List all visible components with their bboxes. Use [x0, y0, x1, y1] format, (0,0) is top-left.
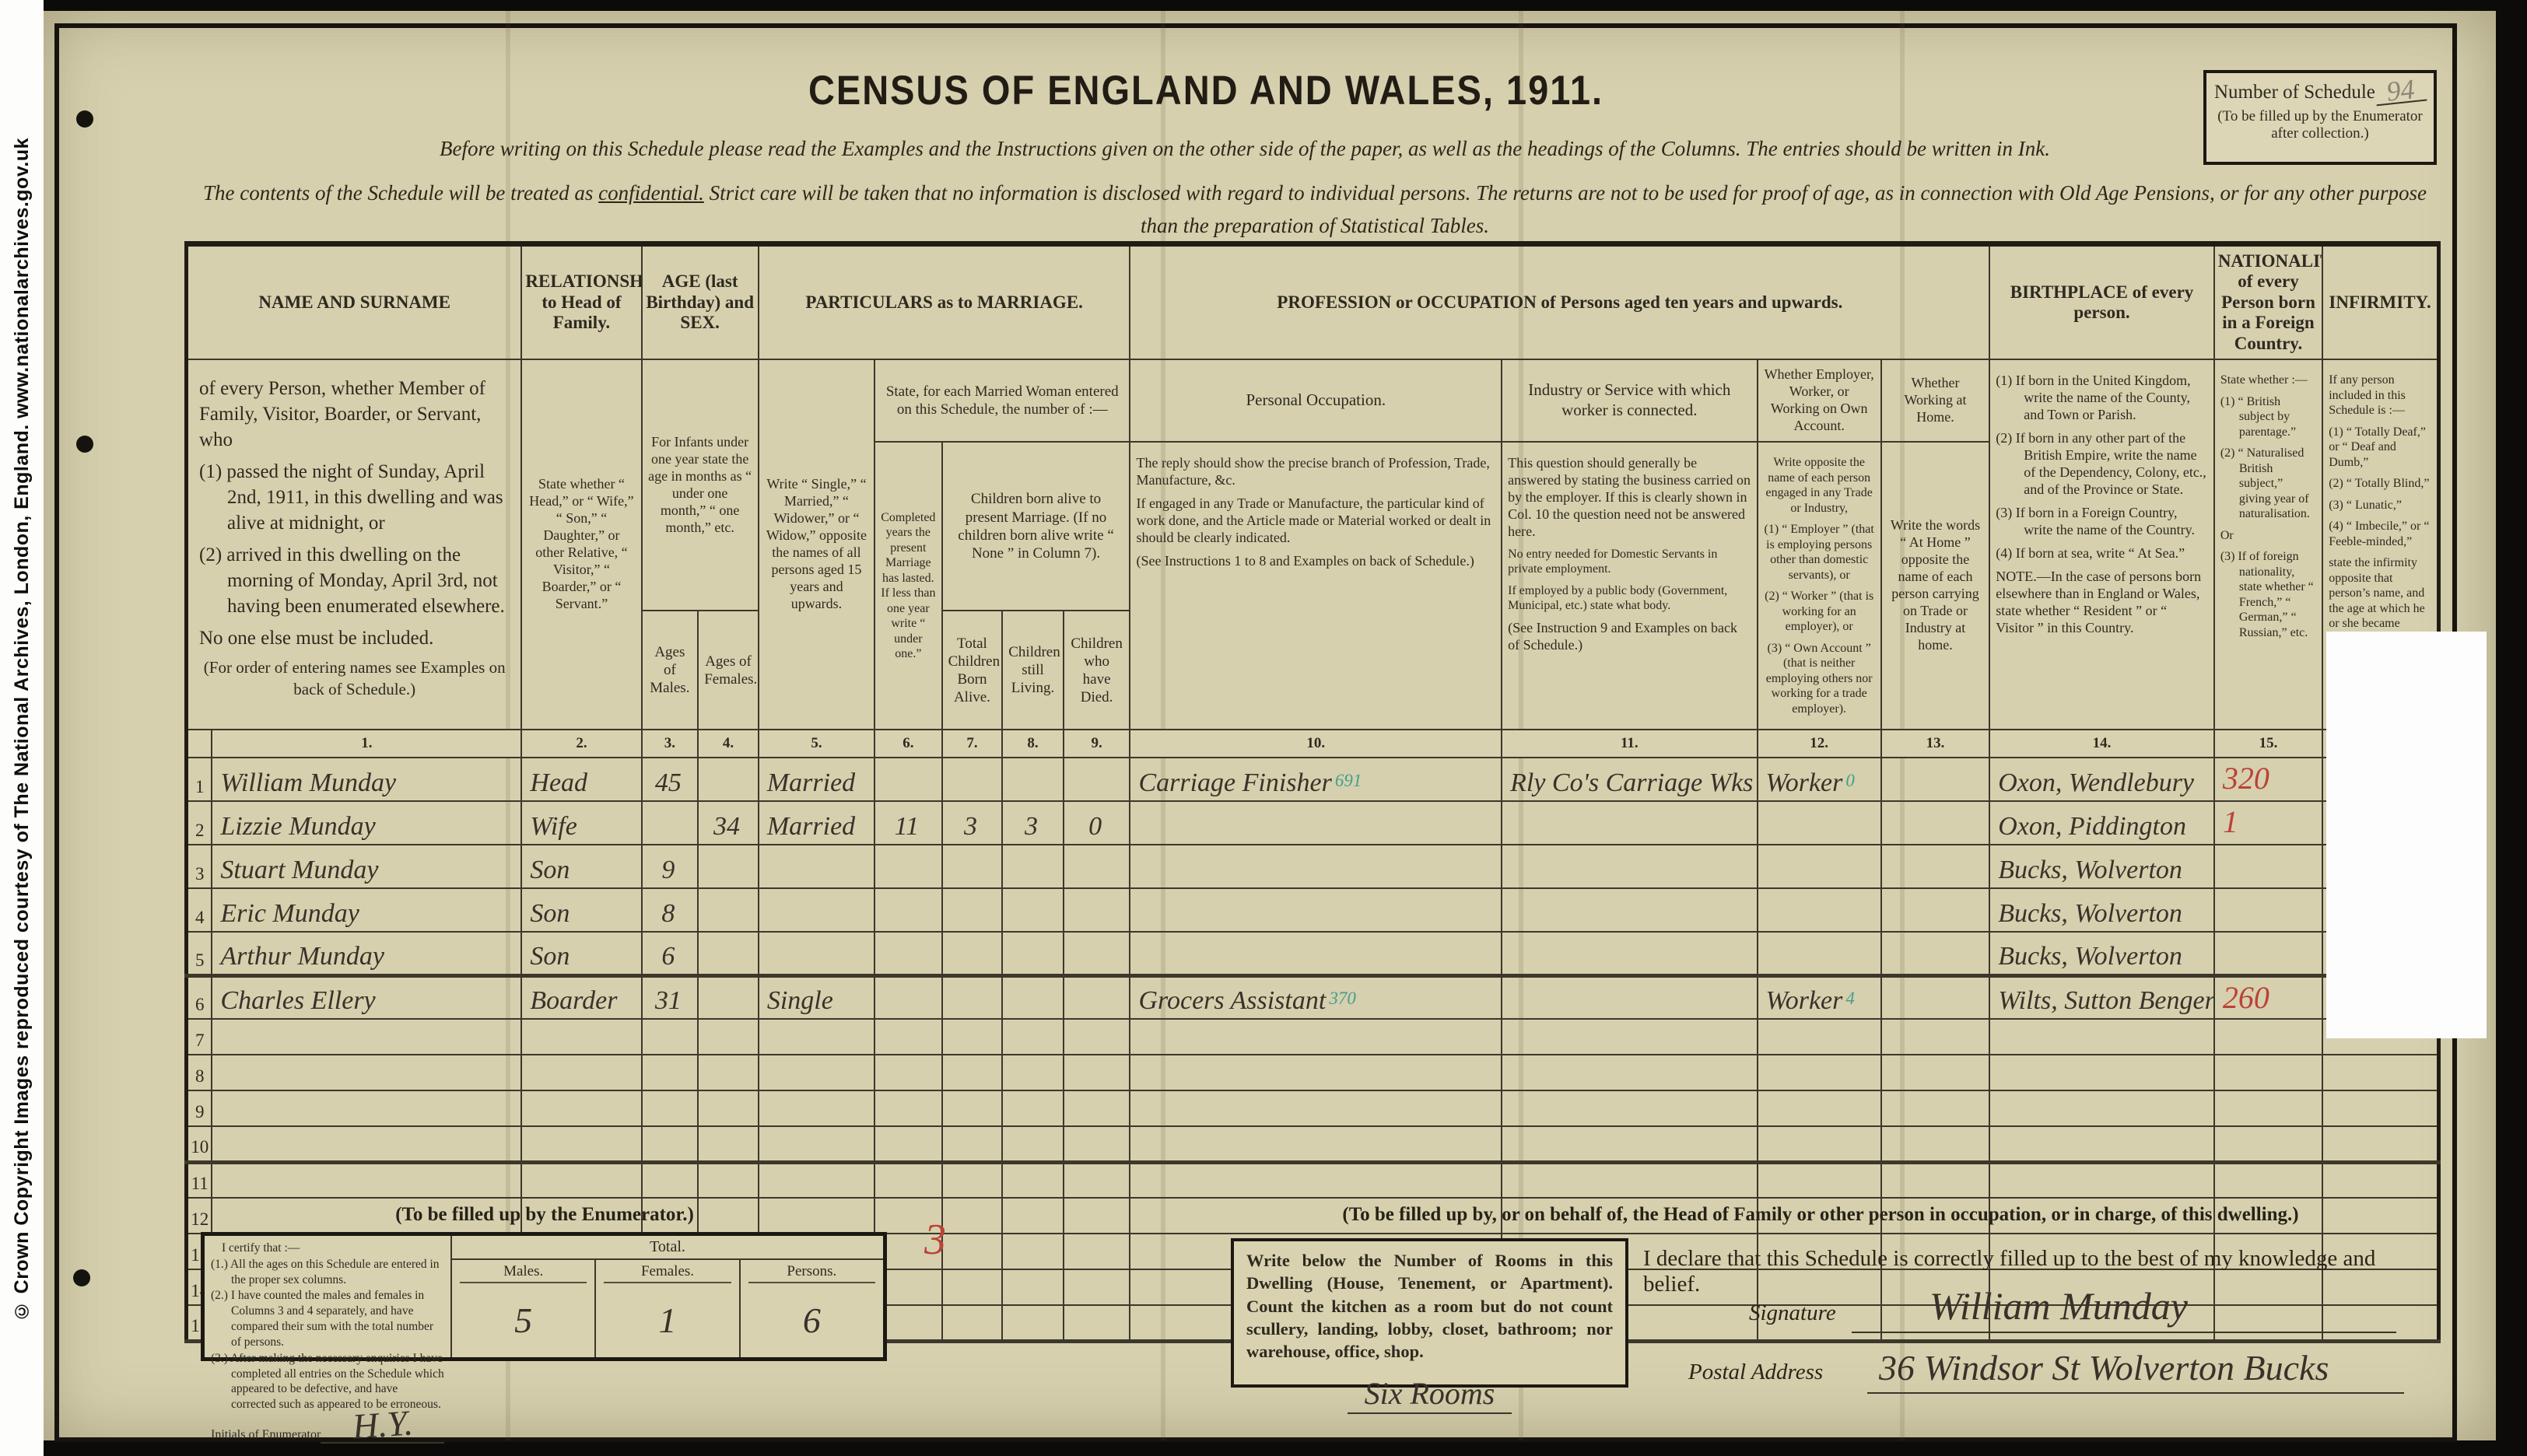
cell-employment — [1758, 1019, 1881, 1055]
cell-children-born — [942, 1162, 1003, 1198]
cell-at-home — [1881, 1055, 1989, 1090]
column-number-4: 4. — [698, 730, 759, 758]
cell-nationality-code: 1 — [2214, 801, 2322, 845]
birthplace-instr-4: (4) If born at sea, write “ At Sea.” — [1996, 545, 2208, 562]
column-number-11: 11. — [1502, 730, 1757, 758]
cell-age-females — [698, 1162, 759, 1198]
column-number-14: 14. — [1989, 730, 2214, 758]
cell-name — [212, 1162, 521, 1198]
cell-children-died — [1064, 758, 1130, 801]
cell-children-died: 0 — [1064, 801, 1130, 845]
cell-children-born — [942, 888, 1003, 932]
employment-text: Worker — [1766, 768, 1843, 797]
infirmity-instr-1: If any person included in this Schedule … — [2329, 373, 2431, 418]
column-number-5: 5. — [759, 730, 874, 758]
certify-item-2: (2.) I have counted the males and female… — [211, 1288, 444, 1349]
table-row: 11 — [187, 1162, 2439, 1198]
ages-females-label: Ages of Females. — [698, 611, 759, 730]
cell-occupation — [1130, 1126, 1502, 1162]
cell-children-died — [1064, 1269, 1130, 1305]
employment-text: Worker — [1766, 986, 1843, 1015]
cell-children-born — [942, 1126, 1003, 1162]
occupation-code-annotation: 691 — [1335, 771, 1362, 790]
cell-occupation — [1130, 932, 1502, 975]
cell-birthplace: Bucks, Wolverton — [1989, 888, 2214, 932]
name-instr-p1: of every Person, whether Member of Famil… — [199, 376, 510, 453]
cell-years-married — [874, 1019, 942, 1055]
cell-name — [212, 1090, 521, 1126]
still-living-label: Children still Living. — [1002, 611, 1064, 730]
cell-row-number: 5 — [187, 932, 212, 975]
cell-relationship — [521, 1162, 641, 1198]
col-header-age: AGE (last Birthday) and SEX. — [642, 244, 759, 360]
punch-hole — [73, 1269, 90, 1286]
cell-row-number: 6 — [187, 975, 212, 1019]
children-group-instructions: Children born alive to present Marriage.… — [942, 442, 1130, 611]
table-row: 8 — [187, 1055, 2439, 1090]
col-header-profession: PROFESSION or OCCUPATION of Persons aged… — [1130, 244, 1989, 360]
table-row: 9 — [187, 1090, 2439, 1126]
cell-at-home — [1881, 801, 1989, 845]
name-instr-p2: (1) passed the night of Sunday, April 2n… — [199, 459, 510, 536]
cell-years-married — [874, 888, 942, 932]
cell-occupation — [1130, 888, 1502, 932]
cell-row-number: 12 — [187, 1198, 212, 1234]
cell-industry — [1502, 1055, 1757, 1090]
enumerator-section-heading: (To be filled up by the Enumerator.) — [233, 1204, 856, 1226]
totals-males-value: 5 — [452, 1283, 594, 1357]
cell-nationality-code — [2214, 1090, 2322, 1126]
cell-at-home — [1881, 1126, 1989, 1162]
cell-row-number: 9 — [187, 1090, 212, 1126]
cell-occupation — [1130, 1090, 1502, 1126]
column-number-12: 12. — [1758, 730, 1881, 758]
employment-code-annotation: 0 — [1845, 771, 1855, 790]
cell-occupation: Carriage Finisher691 — [1130, 758, 1502, 801]
cell-marriage — [759, 1162, 874, 1198]
cell-children-died — [1064, 1162, 1130, 1198]
schedule-number-box: Number of Schedule 94 (To be filled up b… — [2203, 70, 2437, 165]
cell-at-home — [1881, 932, 1989, 975]
cell-marriage: Married — [759, 758, 874, 801]
cell-children-living — [1002, 1019, 1064, 1055]
cell-children-living: 3 — [1002, 801, 1064, 845]
cell-age-females — [698, 932, 759, 975]
cell-age-males: 31 — [642, 975, 699, 1019]
copyright-strip: © Crown Copyright Images reproduced cour… — [0, 0, 44, 1456]
cell-industry — [1502, 1126, 1757, 1162]
table-row: 6 Charles Ellery Boarder 31 Single Groce… — [187, 975, 2439, 1019]
instruction-line-1: Before writing on this Schedule please r… — [296, 137, 2194, 161]
cell-nationality-code — [2214, 932, 2322, 975]
cell-at-home — [1881, 1019, 1989, 1055]
cell-children-died — [1064, 975, 1130, 1019]
cell-nationality-code — [2214, 845, 2322, 888]
instruction-line-2: The contents of the Schedule will be tre… — [187, 177, 2443, 243]
cell-name: Charles Ellery — [212, 975, 521, 1019]
column-number-2: 2. — [521, 730, 641, 758]
cell-years-married — [874, 1126, 942, 1162]
cell-birthplace: Bucks, Wolverton — [1989, 932, 2214, 975]
occupation-text: Grocers Assistant — [1138, 986, 1326, 1015]
cell-row-number: 11 — [187, 1162, 212, 1198]
cell-name — [212, 1019, 521, 1055]
cell-age-males — [642, 1126, 699, 1162]
totals-persons-label: Persons. — [748, 1260, 875, 1283]
employer-instructions: Write opposite the name of each person e… — [1758, 442, 1881, 730]
totals-persons-col: Persons. 6 — [739, 1260, 883, 1357]
name-instr-p4: No one else must be included. — [199, 625, 510, 651]
cell-relationship: Wife — [521, 801, 641, 845]
cell-at-home — [1881, 888, 1989, 932]
cell-children-living — [1002, 845, 1064, 888]
completed-years-instructions: Completed years the present Marriage has… — [874, 442, 942, 730]
cell-relationship: Son — [521, 932, 641, 975]
cell-children-died — [1064, 1019, 1130, 1055]
occupation-instructions: The reply should show the precise branch… — [1130, 442, 1502, 730]
page-title: CENSUS OF ENGLAND AND WALES, 1911. — [762, 66, 1649, 114]
cell-age-males: 45 — [642, 758, 699, 801]
cell-children-living — [1002, 975, 1064, 1019]
cell-birthplace — [1989, 1090, 2214, 1126]
cell-children-living — [1002, 1162, 1064, 1198]
certify-intro: I certify that :— — [222, 1241, 444, 1256]
confidential-post: Strict care will be taken that no inform… — [704, 181, 2427, 237]
cell-children-living — [1002, 1305, 1064, 1341]
cell-birthplace — [1989, 1055, 2214, 1090]
cell-nationality-code — [2214, 1019, 2322, 1055]
rooms-value: Six Rooms — [1348, 1376, 1512, 1414]
marriage-write-instructions: Write “ Single,” “ Married,” “ Widower,”… — [759, 359, 874, 730]
row-number-column — [187, 730, 212, 758]
cell-children-living — [1002, 1090, 1064, 1126]
cell-birthplace: Wilts, Sutton Benger — [1989, 975, 2214, 1019]
enumerator-box: I certify that :— (1.) All the ages on t… — [201, 1232, 887, 1361]
occupation-title: Personal Occupation. — [1130, 359, 1502, 442]
cell-years-married — [874, 932, 942, 975]
cell-industry — [1502, 845, 1757, 888]
cell-name: Arthur Munday — [212, 932, 521, 975]
infirmity-instr-3: (2) “ Totally Blind,” — [2329, 476, 2431, 492]
cell-children-born — [942, 1234, 1003, 1269]
signature-label: Signature — [1749, 1300, 1836, 1326]
cell-at-home — [1881, 1162, 1989, 1198]
column-number-13: 13. — [1881, 730, 1989, 758]
cell-marriage: Single — [759, 975, 874, 1019]
cell-row-number: 8 — [187, 1055, 212, 1090]
employer-instr-1: Write opposite the name of each person e… — [1764, 455, 1875, 516]
ages-males-label: Ages of Males. — [642, 611, 699, 730]
birthplace-instructions: (1) If born in the United Kingdom, write… — [1989, 359, 2214, 730]
cell-marriage: Married — [759, 801, 874, 845]
cell-years-married — [874, 758, 942, 801]
cell-employment: Worker4 — [1758, 975, 1881, 1019]
cell-children-living — [1002, 758, 1064, 801]
cell-occupation — [1130, 845, 1502, 888]
postal-address-value: 36 Windsor St Wolverton Bucks — [1879, 1347, 2329, 1388]
cell-age-males — [642, 801, 699, 845]
postal-address-line — [1867, 1392, 2404, 1394]
column-number-8: 8. — [1002, 730, 1064, 758]
cell-children-living — [1002, 1198, 1064, 1234]
column-number-6: 6. — [874, 730, 942, 758]
cell-children-died — [1064, 1305, 1130, 1341]
cell-nationality-code — [2214, 1162, 2322, 1198]
cell-at-home — [1881, 758, 1989, 801]
cell-nationality-code: 260 — [2214, 975, 2322, 1019]
cell-birthplace: Bucks, Wolverton — [1989, 845, 2214, 888]
schedule-number-label: Number of Schedule — [2214, 82, 2375, 103]
cell-employment — [1758, 801, 1881, 845]
cell-years-married — [874, 1055, 942, 1090]
cell-children-living — [1002, 1055, 1064, 1090]
cell-marriage — [759, 1090, 874, 1126]
table-row: 5 Arthur Munday Son 6 Bucks, Wolverton — [187, 932, 2439, 975]
postal-address-label: Postal Address — [1688, 1360, 1823, 1385]
cell-at-home — [1881, 975, 1989, 1019]
cell-years-married — [874, 975, 942, 1019]
nationality-instr-4: Or — [2220, 528, 2316, 544]
cell-relationship — [521, 1126, 641, 1162]
cell-children-living — [1002, 1269, 1064, 1305]
cell-children-born — [942, 1090, 1003, 1126]
occupation-instr-3: (See Instructions 1 to 8 and Examples on… — [1136, 553, 1495, 570]
col-header-name: NAME AND SURNAME — [187, 244, 522, 360]
nationality-instructions: State whether :— (1) “ British subject b… — [2214, 359, 2322, 730]
rooms-value-wrap: Six Rooms — [1246, 1374, 1613, 1414]
nationality-instr-2: (1) “ British subject by parentage.” — [2220, 394, 2316, 440]
nationality-instr-5: (3) If of foreign nationality, state whe… — [2220, 549, 2316, 640]
infirmity-instr-5: (4) “ Imbecile,” or “ Feeble-minded,” — [2329, 519, 2431, 549]
cell-nationality-code — [2214, 1305, 2322, 1341]
column-number-10: 10. — [1130, 730, 1502, 758]
cell-industry: Rly Co's Carriage Wks — [1502, 758, 1757, 801]
cell-nationality-code — [2214, 1126, 2322, 1162]
married-woman-instructions: State, for each Married Woman entered on… — [874, 359, 1130, 442]
cell-occupation — [1130, 801, 1502, 845]
cell-nationality-code: 320 — [2214, 758, 2322, 801]
schedule-number-note: (To be filled up by the Enumerator after… — [2214, 108, 2426, 142]
cell-occupation — [1130, 1019, 1502, 1055]
cell-name: Lizzie Munday — [212, 801, 521, 845]
cell-years-married — [874, 845, 942, 888]
cell-name: Eric Munday — [212, 888, 521, 932]
cell-industry — [1502, 888, 1757, 932]
nationality-instr-3: (2) “ Naturalised British subject,” givi… — [2220, 446, 2316, 522]
cell-years-married — [874, 1162, 942, 1198]
birthplace-instr-2: (2) If born in any other part of the Bri… — [1996, 430, 2208, 499]
cell-nationality-code — [2214, 888, 2322, 932]
cell-employment — [1758, 1162, 1881, 1198]
industry-instr-3: If employed by a public body (Government… — [1508, 583, 1751, 614]
cell-children-living — [1002, 1126, 1064, 1162]
cell-children-died — [1064, 845, 1130, 888]
cell-children-died — [1064, 932, 1130, 975]
athome-instructions: Write the words “ At Home ” opposite the… — [1881, 442, 1989, 730]
cell-industry — [1502, 801, 1757, 845]
birthplace-instr-1: (1) If born in the United Kingdom, write… — [1996, 373, 2208, 424]
cell-employment — [1758, 932, 1881, 975]
table-row: 2 Lizzie Munday Wife 34 Married 11 3 3 0… — [187, 801, 2439, 845]
cell-age-males — [642, 1019, 699, 1055]
cell-employment — [1758, 1126, 1881, 1162]
copyright-text: © Crown Copyright Images reproduced cour… — [11, 130, 33, 1326]
cell-birthplace: Oxon, Piddington — [1989, 801, 2214, 845]
occupation-code-annotation: 370 — [1329, 989, 1356, 1008]
cell-marriage — [759, 1019, 874, 1055]
cell-relationship: Son — [521, 845, 641, 888]
cell-industry — [1502, 1019, 1757, 1055]
cell-name: William Munday — [212, 758, 521, 801]
have-died-label: Children who have Died. — [1064, 611, 1130, 730]
cell-marriage — [759, 888, 874, 932]
name-instr-p3: (2) arrived in this dwelling on the morn… — [199, 542, 510, 619]
cell-children-born — [942, 932, 1003, 975]
cell-birthplace — [1989, 1126, 2214, 1162]
cell-marriage — [759, 932, 874, 975]
page-mark-annotation: 3 — [924, 1215, 946, 1265]
infirmity-instr-4: (3) “ Lunatic,” — [2329, 498, 2431, 513]
signature-value: William Munday — [1929, 1283, 2188, 1328]
cell-birthplace — [1989, 1019, 2214, 1055]
cell-children-born — [942, 845, 1003, 888]
cell-birthplace — [1989, 1162, 2214, 1198]
cell-infirmity — [2322, 1090, 2438, 1126]
cell-relationship: Head — [521, 758, 641, 801]
totals-females-col: Females. 1 — [594, 1260, 738, 1357]
employer-instr-2: (1) “ Employer ” (that is employing pers… — [1764, 522, 1875, 583]
cell-occupation — [1130, 1162, 1502, 1198]
cell-years-married: 11 — [874, 801, 942, 845]
cell-at-home — [1881, 845, 1989, 888]
cell-nationality-code — [2214, 1055, 2322, 1090]
cell-age-females: 34 — [698, 801, 759, 845]
cell-row-number: 4 — [187, 888, 212, 932]
cell-row-number: 10 — [187, 1126, 212, 1162]
cell-at-home — [1881, 1090, 1989, 1126]
cell-children-died — [1064, 1090, 1130, 1126]
cell-industry — [1502, 932, 1757, 975]
cell-occupation — [1130, 1055, 1502, 1090]
table-row: 3 Stuart Munday Son 9 Bucks, Wolverton — [187, 845, 2439, 888]
cell-children-born: 3 — [942, 801, 1003, 845]
birthplace-instr-3: (3) If born in a Foreign Country, write … — [1996, 505, 2208, 539]
industry-instr-4: (See Instruction 9 and Examples on back … — [1508, 620, 1751, 654]
schedule-number-value: 94 — [2374, 77, 2427, 106]
table-row: 7 — [187, 1019, 2439, 1055]
cell-birthplace: Oxon, Wendlebury — [1989, 758, 2214, 801]
cell-industry — [1502, 1162, 1757, 1198]
col-header-relationship: RELATIONSHIP to Head of Family. — [521, 244, 641, 360]
industry-instr-2: No entry needed for Domestic Servants in… — [1508, 547, 1751, 577]
cell-age-males — [642, 1162, 699, 1198]
cell-age-females — [698, 1019, 759, 1055]
cell-industry — [1502, 975, 1757, 1019]
cell-relationship: Boarder — [521, 975, 641, 1019]
census-schedule-page: © Crown Copyright Images reproduced cour… — [0, 0, 2527, 1456]
industry-instructions: This question should generally be answer… — [1502, 442, 1757, 730]
cell-children-born — [942, 1269, 1003, 1305]
cell-children-living — [1002, 1234, 1064, 1269]
cell-marriage — [759, 1126, 874, 1162]
col-header-infirmity: INFIRMITY. — [2322, 244, 2438, 360]
initials-label: Initials of Enumerator — [211, 1427, 321, 1443]
age-infants-instructions: For Infants under one year state the age… — [642, 359, 759, 611]
cell-relationship — [521, 1090, 641, 1126]
occupation-instr-1: The reply should show the precise branch… — [1136, 455, 1495, 489]
cell-children-died — [1064, 1055, 1130, 1090]
cell-age-females — [698, 1055, 759, 1090]
cell-row-number: 3 — [187, 845, 212, 888]
occupation-text: Carriage Finisher — [1138, 768, 1331, 797]
totals-females-label: Females. — [604, 1260, 731, 1283]
cell-children-died — [1064, 1126, 1130, 1162]
employer-title: Whether Employer, Worker, or Working on … — [1758, 359, 1881, 442]
redaction-patch — [2326, 632, 2487, 1038]
cell-relationship — [521, 1019, 641, 1055]
col-header-marriage: PARTICULARS as to MARRIAGE. — [759, 244, 1130, 360]
confidential-word: confidential. — [598, 181, 704, 205]
cell-row-number: 2 — [187, 801, 212, 845]
cell-age-males — [642, 1055, 699, 1090]
column-number-15: 15. — [2214, 730, 2322, 758]
occupation-instr-2: If engaged in any Trade or Manufacture, … — [1136, 495, 1495, 547]
col-header-nationality: NATIONALITY of every Person born in a Fo… — [2214, 244, 2322, 360]
name-instructions: of every Person, whether Member of Famil… — [187, 359, 522, 730]
confidential-pre: The contents of the Schedule will be tre… — [203, 181, 598, 205]
cell-children-born — [942, 1305, 1003, 1341]
employment-code-annotation: 4 — [1845, 989, 1855, 1008]
cell-employment: Worker0 — [1758, 758, 1881, 801]
cell-children-born — [942, 975, 1003, 1019]
employer-instr-4: (3) “ Own Account ” (that is neither emp… — [1764, 641, 1875, 717]
cell-children-born — [942, 758, 1003, 801]
cell-children-died — [1064, 888, 1130, 932]
cell-age-males — [642, 1090, 699, 1126]
column-number-9: 9. — [1064, 730, 1130, 758]
cell-occupation: Grocers Assistant370 — [1130, 975, 1502, 1019]
cell-age-females — [698, 845, 759, 888]
cell-children-died — [1064, 1234, 1130, 1269]
table-row: 1 William Munday Head 45 Married Carriag… — [187, 758, 2439, 801]
totals-males-label: Males. — [460, 1260, 587, 1283]
cell-infirmity — [2322, 1126, 2438, 1162]
cell-infirmity — [2322, 1055, 2438, 1090]
initials-value: H.Y. — [352, 1412, 413, 1437]
totals-title: Total. — [452, 1236, 883, 1260]
cell-row-number: 1 — [187, 758, 212, 801]
cell-children-born — [942, 1019, 1003, 1055]
cell-relationship — [521, 1055, 641, 1090]
cell-children-living — [1002, 888, 1064, 932]
rooms-instructions: Write below the Number of Rooms in this … — [1246, 1251, 1613, 1361]
column-number-1: 1. — [212, 730, 521, 758]
totals-females-value: 1 — [596, 1283, 738, 1357]
cell-industry — [1502, 1090, 1757, 1126]
industry-instr-1: This question should generally be answer… — [1508, 455, 1751, 541]
certify-text: I certify that :— (1.) All the ages on t… — [205, 1236, 452, 1357]
total-born-label: Total Children Born Alive. — [942, 611, 1003, 730]
cell-infirmity — [2322, 1305, 2438, 1341]
cell-age-females — [698, 888, 759, 932]
infirmity-instr-2: (1) “ Totally Deaf,” or “ Deaf and Dumb,… — [2329, 425, 2431, 471]
relationship-instructions: State whether “ Head,” or “ Wife,” “ Son… — [521, 359, 641, 730]
cell-age-females — [698, 975, 759, 1019]
cell-employment — [1758, 845, 1881, 888]
industry-title: Industry or Service with which worker is… — [1502, 359, 1757, 442]
cell-name — [212, 1055, 521, 1090]
punch-hole — [76, 110, 93, 128]
